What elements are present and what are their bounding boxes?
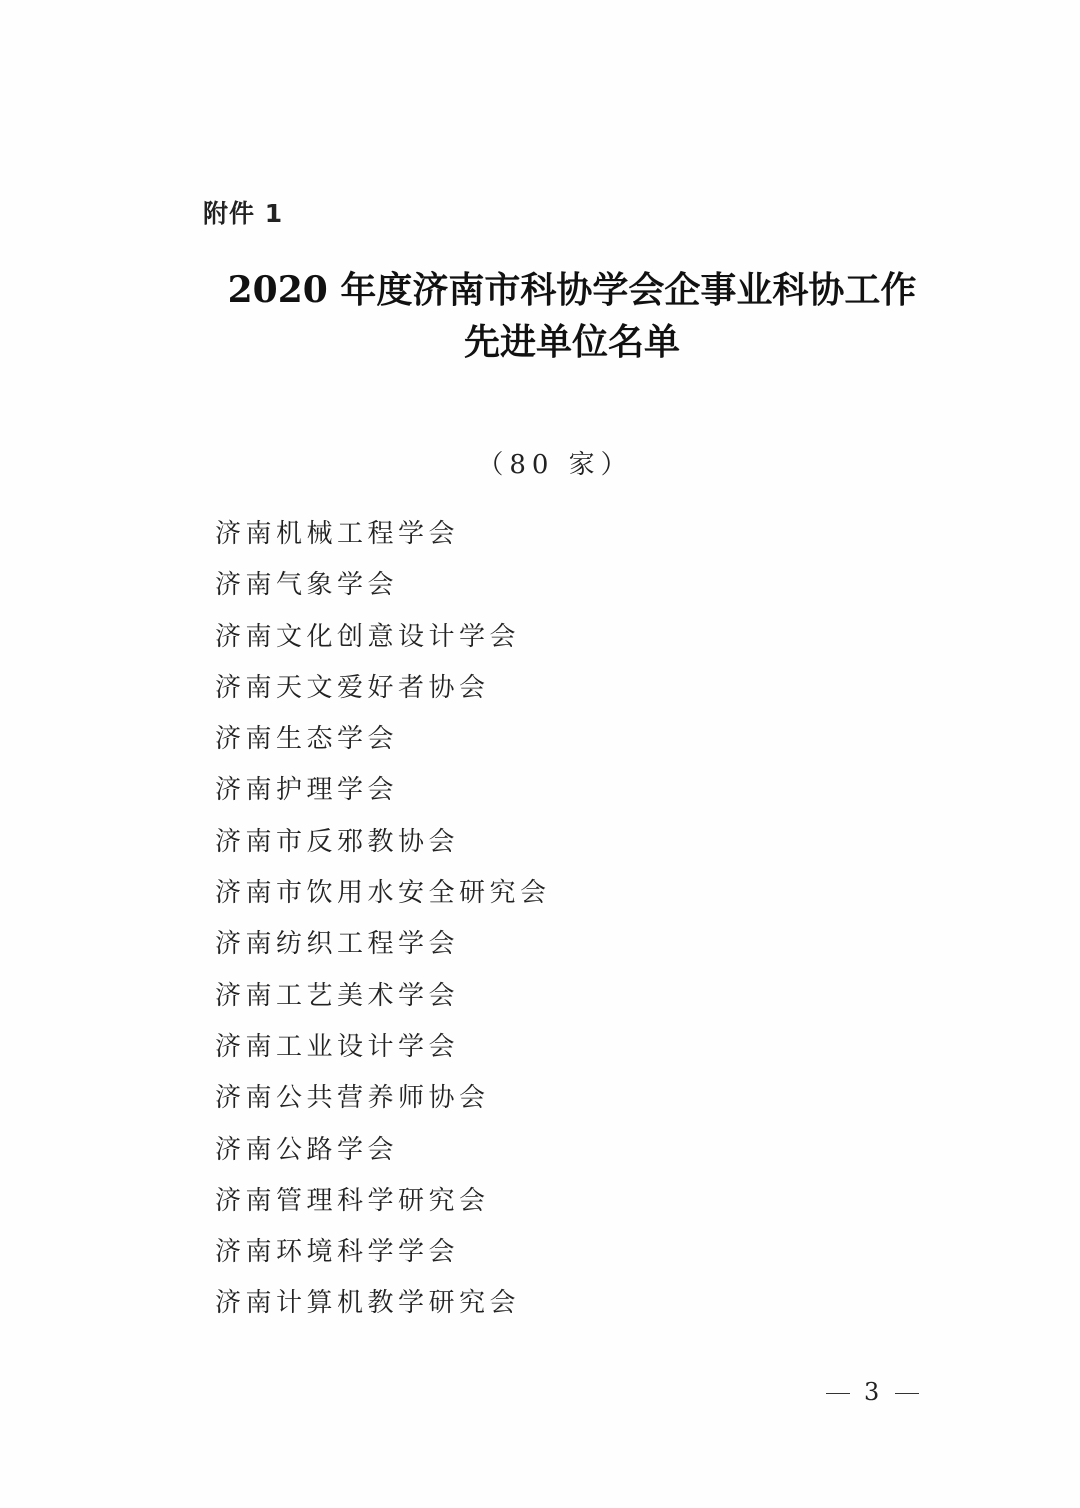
list-item: 济南工艺美术学会 <box>215 974 551 1025</box>
attachment-label: 附件 1 <box>203 194 283 230</box>
document-title-line-2: 先进单位名单 <box>32 314 1080 365</box>
list-item: 济南管理科学研究会 <box>215 1179 551 1230</box>
list-item: 济南机械工程学会 <box>215 512 551 563</box>
organization-list: 济南机械工程学会 济南气象学会 济南文化创意设计学会 济南天文爱好者协会 济南生… <box>215 512 551 1333</box>
list-item: 济南生态学会 <box>215 717 551 768</box>
list-item: 济南文化创意设计学会 <box>215 615 551 666</box>
page-number-value: 3 <box>864 1378 881 1406</box>
organization-count: （80 家） <box>0 444 1080 481</box>
list-item: 济南天文爱好者协会 <box>215 666 551 717</box>
list-item: 济南纺织工程学会 <box>215 922 551 973</box>
page-number: 3 <box>812 1378 933 1406</box>
list-item: 济南公共营养师协会 <box>215 1076 551 1127</box>
list-item: 济南市反邪教协会 <box>215 820 551 871</box>
dash-right <box>895 1393 919 1394</box>
dash-left <box>826 1393 850 1394</box>
list-item: 济南公路学会 <box>215 1128 551 1179</box>
list-item: 济南计算机教学研究会 <box>215 1281 551 1332</box>
document-page: 附件 1 2020 年度济南市科协学会企事业科协工作 先进单位名单 （80 家）… <box>0 0 1080 1508</box>
list-item: 济南气象学会 <box>215 563 551 614</box>
list-item: 济南工业设计学会 <box>215 1025 551 1076</box>
list-item: 济南市饮用水安全研究会 <box>215 871 551 922</box>
document-title-line-1: 2020 年度济南市科协学会企事业科协工作 <box>32 262 1080 313</box>
list-item: 济南护理学会 <box>215 768 551 819</box>
list-item: 济南环境科学学会 <box>215 1230 551 1281</box>
